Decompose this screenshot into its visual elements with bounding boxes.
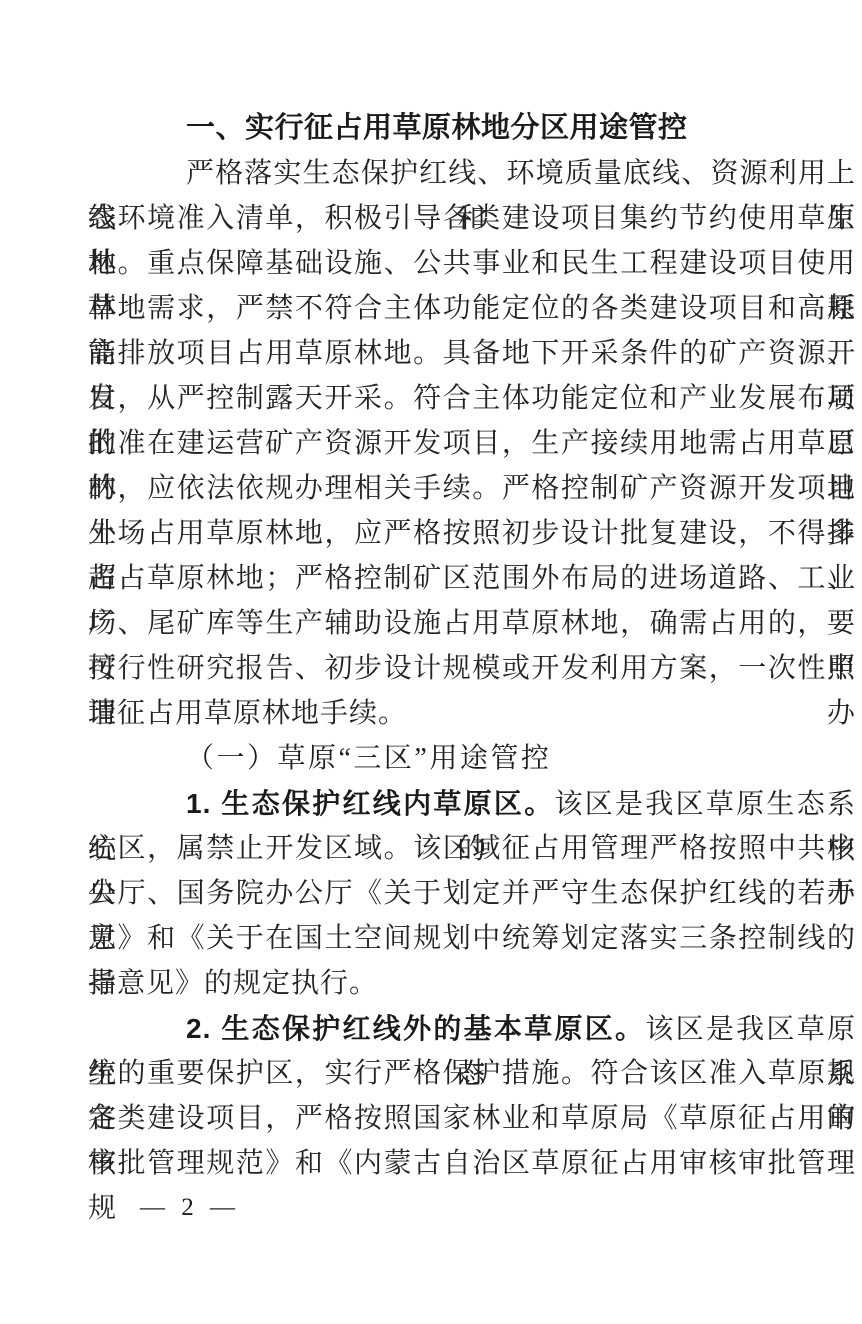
page-number: — 2 — [140, 1191, 240, 1225]
numbered-item-first-line: 2. 生态保护红线外的基本草原区。该区是我区草原生态系 [88, 1006, 856, 1051]
paragraph-line: 公厅、国务院办公厅《关于划定并严守生态保护红线的若干意 [88, 871, 856, 916]
numbered-item-first-line: 1. 生态保护红线内草原区。该区是我区草原生态系统的核 [88, 781, 856, 826]
paragraph-line: 可行性研究报告、初步设计规模或开发利用方案，一次性申请办 [88, 646, 856, 691]
section-heading: 一、实行征占用草原林地分区用途管控 [88, 106, 856, 151]
paragraph-line: 心区，属禁止开发区域。该区域征占用管理严格按照中共中央办 [88, 826, 856, 871]
numbered-item-lead: 1. 生态保护红线内草原区。 [186, 788, 554, 819]
paragraph-line: 土场占用草原林地，应严格按照初步设计批复建设，不得多占、 [88, 511, 856, 556]
paragraph-line: 高排放项目占用草原林地。具备地下开采条件的矿产资源开发项 [88, 331, 856, 376]
document-body: 一、实行征占用草原林地分区用途管控 严格落实生态保护红线、环境质量底线、资源利用… [88, 106, 856, 1186]
paragraph-line: 见》和《关于在国土空间规划中统筹划定落实三条控制线的指 [88, 916, 856, 961]
paragraph-line: 的，应依法依规办理相关手续。严格控制矿产资源开发项目外排 [88, 466, 856, 511]
paragraph-line: 超占草原林地；严格控制矿区范围外布局的进场道路、工业广 [88, 556, 856, 601]
sub-heading: （一）草原“三区”用途管控 [88, 736, 856, 781]
paragraph-line: 各类建设项目，严格按照国家林业和草原局《草原征占用审核 [88, 1096, 856, 1141]
paragraph-line: 统的重要保护区，实行严格保护措施。符合该区准入草原规定的 [88, 1051, 856, 1096]
paragraph-line: 林地需求，严禁不符合主体功能定位的各类建设项目和高耗能、 [88, 286, 856, 331]
paragraph-line: 态环境准入清单，积极引导各类建设项目集约节约使用草原林 [88, 196, 856, 241]
numbered-item-lead: 2. 生态保护红线外的基本草原区。 [186, 1013, 645, 1044]
paragraph-line: 地。重点保障基础设施、公共事业和民生工程建设项目使用草原 [88, 241, 856, 286]
paragraph-line: 严格落实生态保护红线、环境质量底线、资源利用上线和生 [88, 151, 856, 196]
paragraph-line: 审批管理规范》和《内蒙古自治区草原征占用审核审批管理规 [88, 1141, 856, 1186]
document-page: 一、实行征占用草原林地分区用途管控 严格落实生态保护红线、环境质量底线、资源利用… [0, 0, 862, 1324]
paragraph-line: 批准在建运营矿产资源开发项目，生产接续用地需占用草原林地 [88, 421, 856, 466]
paragraph-line: 场、尾矿库等生产辅助设施占用草原林地，确需占用的，要按照 [88, 601, 856, 646]
paragraph-line: 导意见》的规定执行。 [88, 961, 856, 1006]
paragraph-line: 目，从严控制露天开采。符合主体功能定位和产业发展布局的已 [88, 376, 856, 421]
